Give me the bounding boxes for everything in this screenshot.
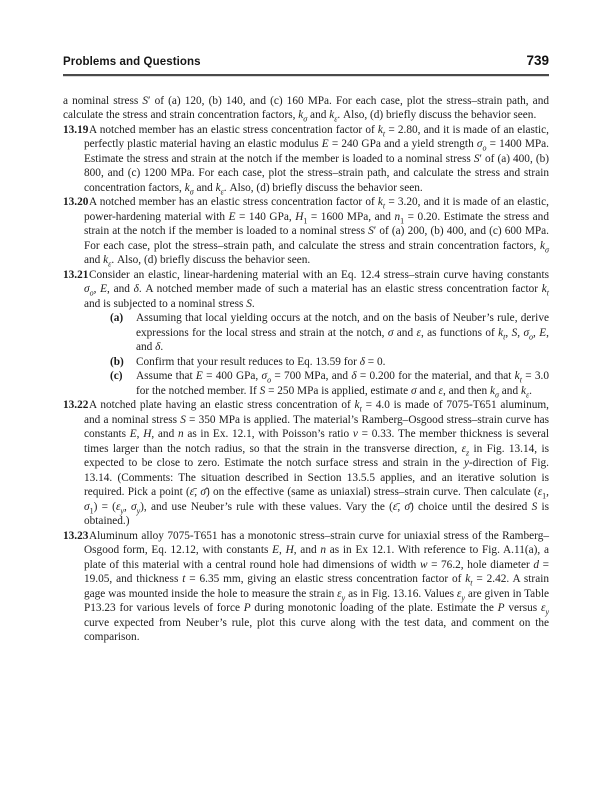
problem-number: 13.22 — [63, 398, 89, 413]
page-number: 739 — [526, 54, 549, 69]
problem-13-22: 13.22A notched plate having an elastic s… — [63, 398, 549, 529]
problems-content: a nominal stress S′ of (a) 120, (b) 140,… — [63, 94, 549, 645]
continued-paragraph: a nominal stress S′ of (a) 120, (b) 140,… — [63, 94, 549, 123]
problem-text: A notched plate having an elastic stress… — [84, 399, 549, 527]
running-head: Problems and Questions 739 — [63, 54, 549, 70]
problem-13-21-item-c: (c)Assume that E = 400 GPa, σo = 700 MPa… — [110, 369, 549, 398]
problem-number: 13.21 — [63, 268, 89, 283]
page-header-title: Problems and Questions — [63, 55, 201, 70]
problem-number: 13.23 — [63, 529, 89, 544]
subitem-label: (a) — [110, 311, 136, 326]
problem-13-21-item-b: (b)Confirm that your result reduces to E… — [110, 355, 549, 370]
problem-text: Consider an elastic, linear-hardening ma… — [84, 269, 549, 310]
problem-13-21-item-a: (a)Assuming that local yielding occurs a… — [110, 311, 549, 355]
problem-text: Aluminum alloy 7075-T651 has a monotonic… — [84, 530, 549, 644]
problem-text: A notched member has an elastic stress c… — [84, 124, 549, 194]
subitem-label: (c) — [110, 369, 136, 384]
problem-13-20: 13.20A notched member has an elastic str… — [63, 195, 549, 268]
subitem-text: Assume that E = 400 GPa, σo = 700 MPa, a… — [136, 370, 549, 397]
subitem-text: Assuming that local yielding occurs at t… — [136, 312, 549, 353]
problem-number: 13.19 — [63, 123, 89, 138]
problem-text: A notched member has an elastic stress c… — [84, 196, 549, 266]
subitem-label: (b) — [110, 355, 136, 370]
problem-13-21: 13.21Consider an elastic, linear-hardeni… — [63, 268, 549, 312]
header-rule — [63, 74, 549, 77]
problem-13-23: 13.23Aluminum alloy 7075-T651 has a mono… — [63, 529, 549, 645]
problem-13-19: 13.19A notched member has an elastic str… — [63, 123, 549, 196]
subitem-text: Confirm that your result reduces to Eq. … — [136, 356, 385, 368]
problem-number: 13.20 — [63, 195, 89, 210]
textbook-page: Problems and Questions 739 a nominal str… — [0, 0, 613, 800]
